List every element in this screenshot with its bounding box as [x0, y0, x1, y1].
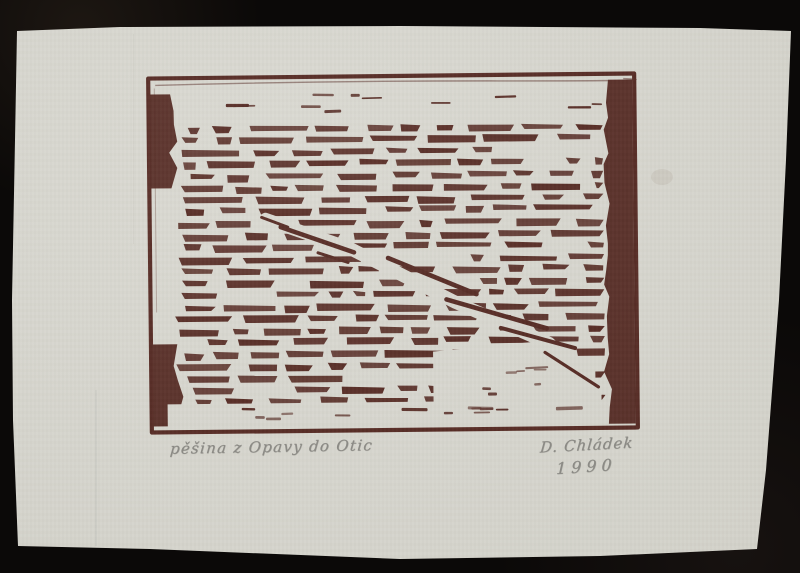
linocut-print-image: [0, 0, 800, 573]
artwork-photo: pěšina z Opavy do Otic D. Chládek 1990: [0, 0, 800, 573]
title-inscription: pěšina z Opavy do Otic: [169, 436, 374, 458]
